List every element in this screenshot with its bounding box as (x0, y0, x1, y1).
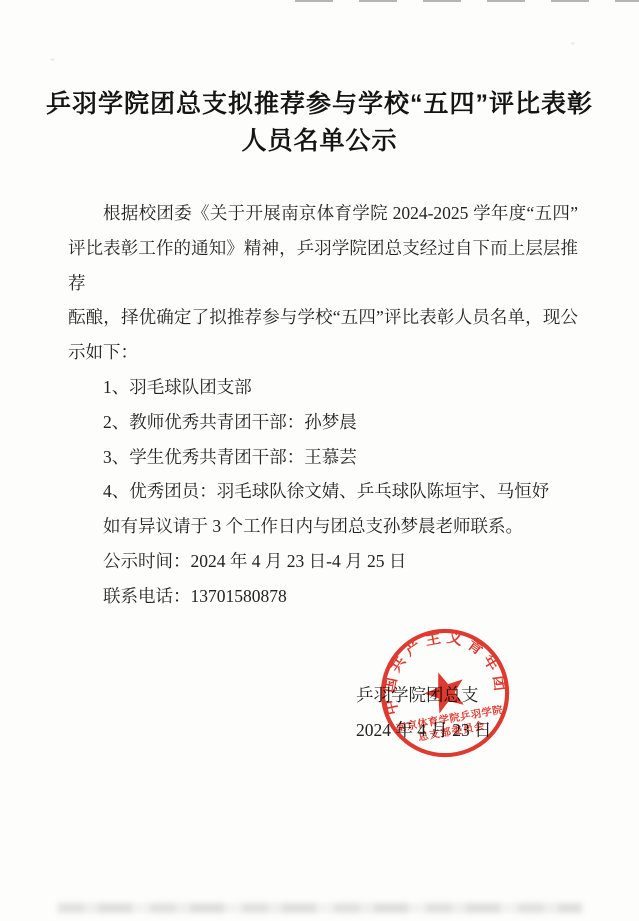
list-item: 3、学生优秀共青团干部：王慕芸 (68, 440, 578, 475)
body-line: 酝酿，择优确定了拟推荐参与学校“五四”评比表彰人员名单，现公 (68, 300, 578, 335)
list-item: 1、羽毛球队团支部 (68, 370, 578, 405)
contact-phone-line: 联系电话：13701580878 (68, 579, 578, 614)
scan-artifact-speck (50, 58, 55, 61)
official-seal: 中国共产主义青年团 南京体育学院乒羽学院 总支部委员会 (376, 624, 514, 762)
body-line: 评比表彰工作的通知》精神，乒羽学院团总支经过自下而上层层推荐 (68, 231, 578, 301)
seal-graphic: 中国共产主义青年团 南京体育学院乒羽学院 总支部委员会 (376, 624, 514, 762)
list-item: 2、教师优秀共青团干部：孙梦晨 (68, 405, 578, 440)
scan-artifact-speck (571, 42, 575, 45)
scan-artifact-top-edge (295, 0, 639, 2)
scan-artifact-bottom-smudge (58, 903, 582, 913)
body-line: 根据校团委《关于开展南京体育学院 2024-2025 学年度“五四” (68, 196, 578, 231)
list-item: 4、优秀团员：羽毛球队徐文婧、乒乓球队陈垣宇、马恒妤 (68, 474, 578, 509)
publicity-period-line: 公示时间：2024 年 4 月 23 日-4 月 25 日 (68, 544, 578, 579)
star-icon (419, 665, 471, 716)
document-title-line1: 乒羽学院团总支拟推荐参与学校“五四”评比表彰 (0, 86, 639, 123)
document-title-line2: 人员名单公示 (0, 123, 639, 160)
document-title: 乒羽学院团总支拟推荐参与学校“五四”评比表彰 人员名单公示 (0, 86, 639, 160)
body-line: 示如下： (68, 335, 578, 370)
body-line: 如有异议请于 3 个工作日内与团总支孙梦晨老师联系。 (68, 509, 578, 544)
notice-document-page: 乒羽学院团总支拟推荐参与学校“五四”评比表彰 人员名单公示 根据校团委《关于开展… (0, 0, 639, 921)
document-body: 根据校团委《关于开展南京体育学院 2024-2025 学年度“五四” 评比表彰工… (68, 196, 578, 614)
